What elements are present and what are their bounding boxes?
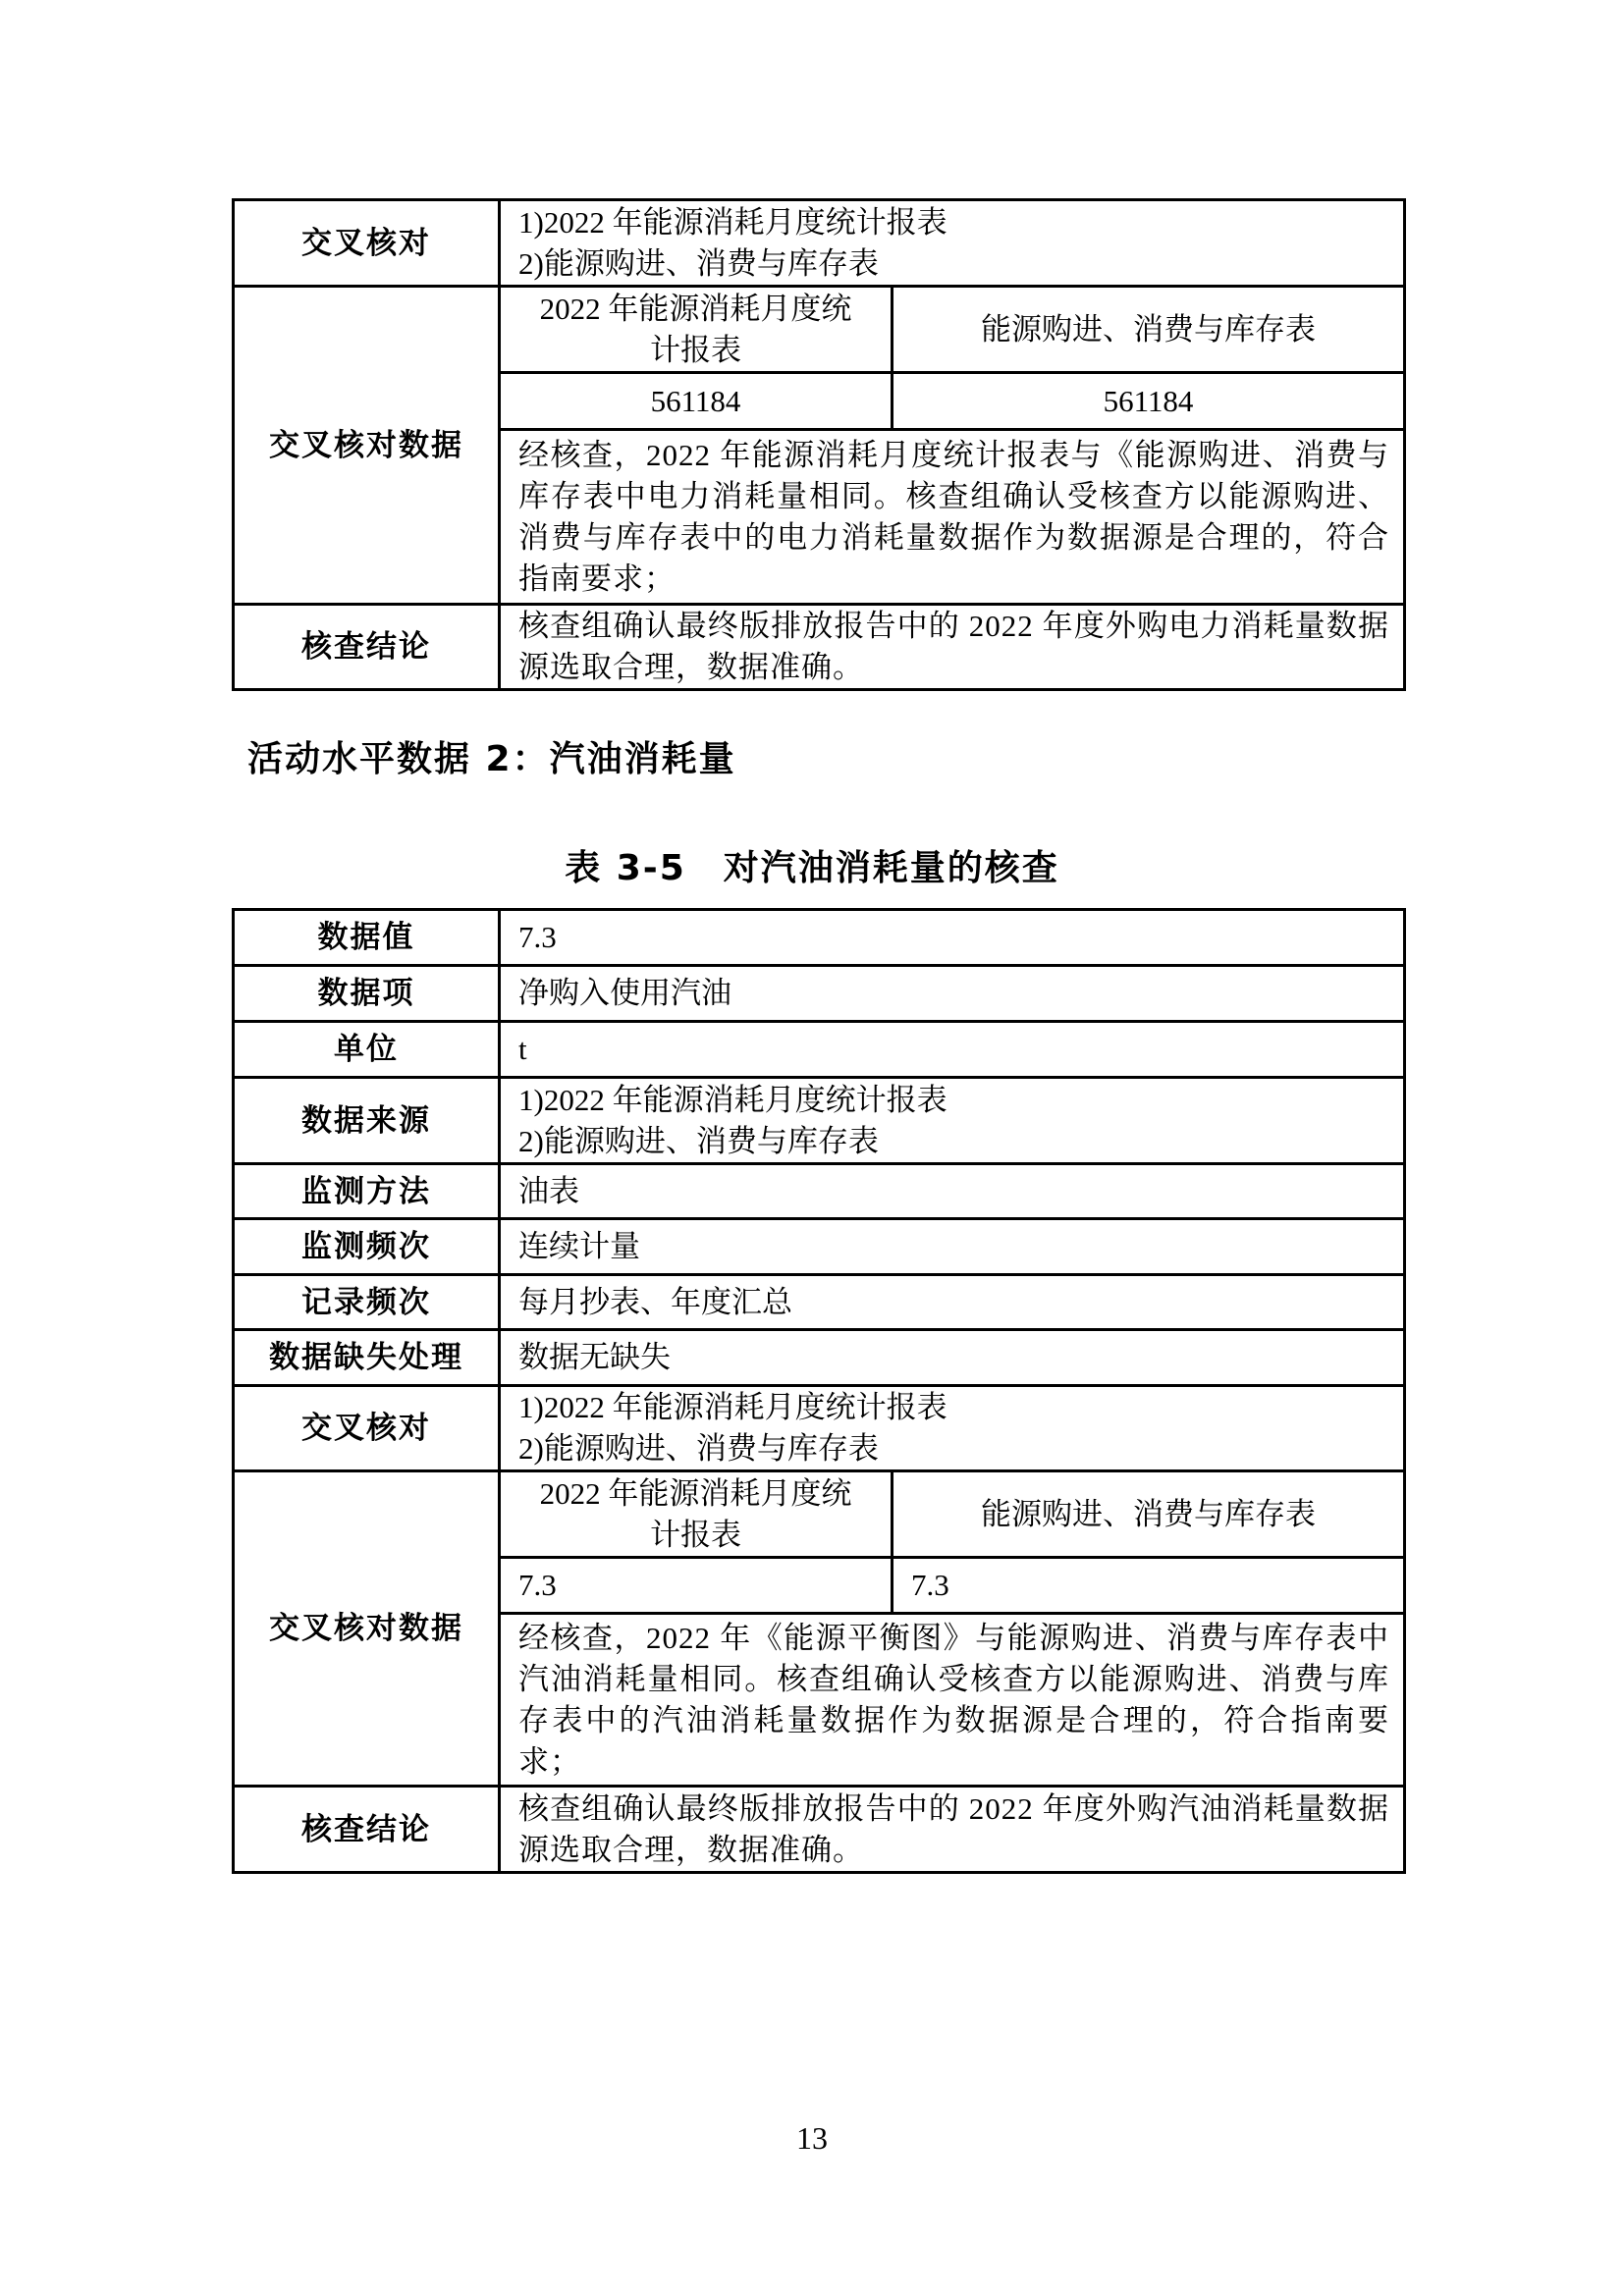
header-line: 2022 年能源消耗月度统 <box>501 1473 891 1515</box>
table-row-recording-frequency: 记录频次 每月抄表、年度汇总 <box>234 1275 1405 1330</box>
row-label: 数据来源 <box>234 1078 500 1164</box>
row-label: 监测方法 <box>234 1164 500 1219</box>
cross-check-sources: 1)2022 年能源消耗月度统计报表 2)能源购进、消费与库存表 <box>500 1386 1405 1471</box>
value-monthly-report: 7.3 <box>500 1558 893 1614</box>
row-label: 数据缺失处理 <box>234 1330 500 1386</box>
table-row-data-value: 数据值 7.3 <box>234 910 1405 966</box>
row-label: 交叉核对 <box>234 1386 500 1471</box>
table-row-cross-check-data-header: 交叉核对数据 2022 年能源消耗月度统 计报表 能源购进、消费与库存表 <box>234 287 1405 373</box>
cross-check-sources: 1)2022 年能源消耗月度统计报表 2)能源购进、消费与库存表 <box>500 200 1405 287</box>
conclusion-text: 核查组确认最终版排放报告中的 2022 年度外购汽油消耗量数据源选取合理，数据准… <box>500 1787 1405 1873</box>
row-label: 单位 <box>234 1022 500 1078</box>
row-label: 核查结论 <box>234 1787 500 1873</box>
table-caption: 表 3-5 对汽油消耗量的核查 <box>0 840 1624 890</box>
row-label: 交叉核对数据 <box>234 1471 500 1787</box>
gasoline-check-table: 数据值 7.3 数据项 净购入使用汽油 单位 t 数据来源 1)2022 年能源… <box>232 908 1406 1874</box>
section-heading: 活动水平数据 2：汽油消耗量 <box>247 731 736 781</box>
page-number: 13 <box>0 2120 1624 2157</box>
source-line: 1)2022 年能源消耗月度统计报表 <box>518 1080 1389 1121</box>
table-row-conclusion: 核查结论 核查组确认最终版排放报告中的 2022 年度外购电力消耗量数据源选取合… <box>234 605 1405 690</box>
header-line: 2022 年能源消耗月度统 <box>501 289 891 330</box>
conclusion-text: 核查组确认最终版排放报告中的 2022 年度外购电力消耗量数据源选取合理，数据准… <box>500 605 1405 690</box>
col-header-energy-inventory: 能源购进、消费与库存表 <box>893 1471 1405 1558</box>
table-row-cross-check: 交叉核对 1)2022 年能源消耗月度统计报表 2)能源购进、消费与库存表 <box>234 1386 1405 1471</box>
table-row-data-source: 数据来源 1)2022 年能源消耗月度统计报表 2)能源购进、消费与库存表 <box>234 1078 1405 1164</box>
row-value: 油表 <box>500 1164 1405 1219</box>
row-value: 1)2022 年能源消耗月度统计报表 2)能源购进、消费与库存表 <box>500 1078 1405 1164</box>
table-row-unit: 单位 t <box>234 1022 1405 1078</box>
col-header-energy-inventory: 能源购进、消费与库存表 <box>893 287 1405 373</box>
table-row-conclusion: 核查结论 核查组确认最终版排放报告中的 2022 年度外购汽油消耗量数据源选取合… <box>234 1787 1405 1873</box>
document-page: 交叉核对 1)2022 年能源消耗月度统计报表 2)能源购进、消费与库存表 交叉… <box>0 0 1624 2296</box>
header-line: 计报表 <box>501 1515 891 1556</box>
row-label: 核查结论 <box>234 605 500 690</box>
row-value: 每月抄表、年度汇总 <box>500 1275 1405 1330</box>
row-value: t <box>500 1022 1405 1078</box>
cross-check-note: 经核查，2022 年能源消耗月度统计报表与《能源购进、消费与库存表中电力消耗量相… <box>500 430 1405 605</box>
table-row-cross-check: 交叉核对 1)2022 年能源消耗月度统计报表 2)能源购进、消费与库存表 <box>234 200 1405 287</box>
electricity-check-table-continued: 交叉核对 1)2022 年能源消耗月度统计报表 2)能源购进、消费与库存表 交叉… <box>232 198 1406 691</box>
source-line: 2)能源购进、消费与库存表 <box>518 243 1389 285</box>
cross-check-note: 经核查，2022 年《能源平衡图》与能源购进、消费与库存表中汽油消耗量相同。核查… <box>500 1614 1405 1787</box>
value-energy-inventory: 561184 <box>893 373 1405 430</box>
table-row-monitoring-method: 监测方法 油表 <box>234 1164 1405 1219</box>
table-row-cross-check-data-header: 交叉核对数据 2022 年能源消耗月度统 计报表 能源购进、消费与库存表 <box>234 1471 1405 1558</box>
row-value: 数据无缺失 <box>500 1330 1405 1386</box>
row-label: 交叉核对 <box>234 200 500 287</box>
source-line: 2)能源购进、消费与库存表 <box>518 1428 1389 1469</box>
header-line: 计报表 <box>501 330 891 371</box>
row-label: 数据项 <box>234 966 500 1022</box>
row-label: 交叉核对数据 <box>234 287 500 605</box>
row-value: 净购入使用汽油 <box>500 966 1405 1022</box>
table-row-missing-data: 数据缺失处理 数据无缺失 <box>234 1330 1405 1386</box>
table-row-monitoring-frequency: 监测频次 连续计量 <box>234 1219 1405 1275</box>
value-monthly-report: 561184 <box>500 373 893 430</box>
row-value: 7.3 <box>500 910 1405 966</box>
col-header-monthly-report: 2022 年能源消耗月度统 计报表 <box>500 1471 893 1558</box>
col-header-monthly-report: 2022 年能源消耗月度统 计报表 <box>500 287 893 373</box>
table-row-data-item: 数据项 净购入使用汽油 <box>234 966 1405 1022</box>
source-line: 1)2022 年能源消耗月度统计报表 <box>518 202 1389 243</box>
row-label: 监测频次 <box>234 1219 500 1275</box>
row-label: 数据值 <box>234 910 500 966</box>
value-energy-inventory: 7.3 <box>893 1558 1405 1614</box>
source-line: 1)2022 年能源消耗月度统计报表 <box>518 1387 1389 1428</box>
row-label: 记录频次 <box>234 1275 500 1330</box>
row-value: 连续计量 <box>500 1219 1405 1275</box>
source-line: 2)能源购进、消费与库存表 <box>518 1121 1389 1162</box>
